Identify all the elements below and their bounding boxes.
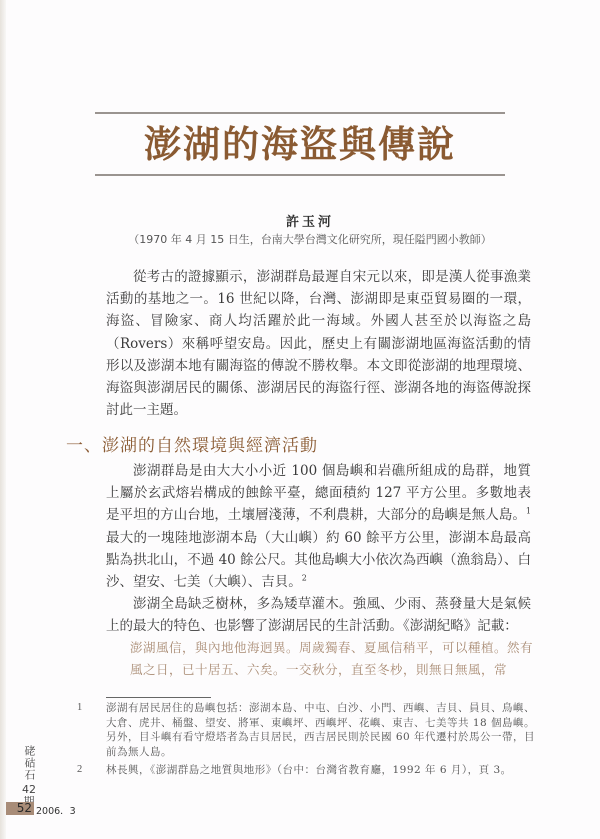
section-paragraph-2: 澎湖全島缺乏樹林，多為矮草灌木。強風、少雨、蒸發量大是氣候上的最大的特色、也影響…	[106, 593, 531, 637]
intro-paragraph: 從考古的證據顯示，澎湖群島最遲自宋元以來，即是漢人從事漁業活動的基地之一。16 …	[106, 266, 531, 421]
footnote-1: 1 澎湖有居民居住的島嶼包括：澎湖本島、中屯、白沙、小門、西嶼、吉貝、員貝、鳥嶼…	[77, 701, 537, 759]
footnote-ref-1[interactable]: 1	[526, 507, 531, 516]
footnote-divider	[106, 697, 211, 698]
page-binding-edge	[0, 0, 6, 839]
author-name: 許玉河	[0, 211, 600, 230]
intro-section: 從考古的證據顯示，澎湖群島最遲自宋元以來，即是漢人從事漁業活動的基地之一。16 …	[106, 266, 531, 421]
journal-label: 硓𥑮石 42 期	[22, 745, 36, 808]
section-heading: 一、澎湖的自然環境與經濟活動	[66, 431, 318, 456]
footnote-number: 1	[77, 701, 106, 759]
section-paragraph-1: 澎湖群島是由大大小小近 100 個島嶼和岩礁所組成的島群，地質上屬於玄武熔岩構成…	[106, 460, 531, 593]
section-body: 澎湖群島是由大大小小近 100 個島嶼和岩礁所組成的島群，地質上屬於玄武熔岩構成…	[106, 460, 531, 638]
title-rule-bottom	[95, 174, 505, 176]
issue-date: 2006．3	[36, 803, 76, 817]
article-title: 澎湖的海盜與傳說	[95, 118, 505, 170]
paragraph-text: 最大的一塊陸地澎湖本島（大山嶼）約 60 餘平方公里，澎湖本島最高點為拱北山，不…	[106, 530, 531, 590]
block-quote: 澎湖風信，與內地他海迥異。周歲獨春、夏風信稍平，可以種植。然有風之日，已十居五、…	[130, 637, 540, 681]
paragraph-text: 澎湖群島是由大大小小近 100 個島嶼和岩礁所組成的島群，地質上屬於玄武熔岩構成…	[106, 463, 531, 523]
page-number: 52	[6, 802, 34, 815]
journal-name: 硓𥑮石	[23, 745, 35, 781]
footnote-2: 2 林長興，《澎湖群島之地質與地形》（台中：台灣省教育廳，1992 年 6 月）…	[77, 763, 537, 778]
footnote-number: 2	[77, 763, 106, 778]
footnotes: 1 澎湖有居民居住的島嶼包括：澎湖本島、中屯、白沙、小門、西嶼、吉貝、員貝、鳥嶼…	[77, 701, 537, 782]
footnote-text: 澎湖有居民居住的島嶼包括：澎湖本島、中屯、白沙、小門、西嶼、吉貝、員貝、鳥嶼、大…	[106, 701, 537, 759]
author-info: （1970 年 4 月 15 日生，台南大學台灣文化研究所，現任隘門國小教師）	[0, 231, 600, 247]
footnote-ref-2[interactable]: 2	[302, 574, 307, 583]
footnote-text: 林長興，《澎湖群島之地質與地形》（台中：台灣省教育廳，1992 年 6 月），頁…	[106, 763, 537, 778]
title-rule-top	[95, 112, 505, 114]
